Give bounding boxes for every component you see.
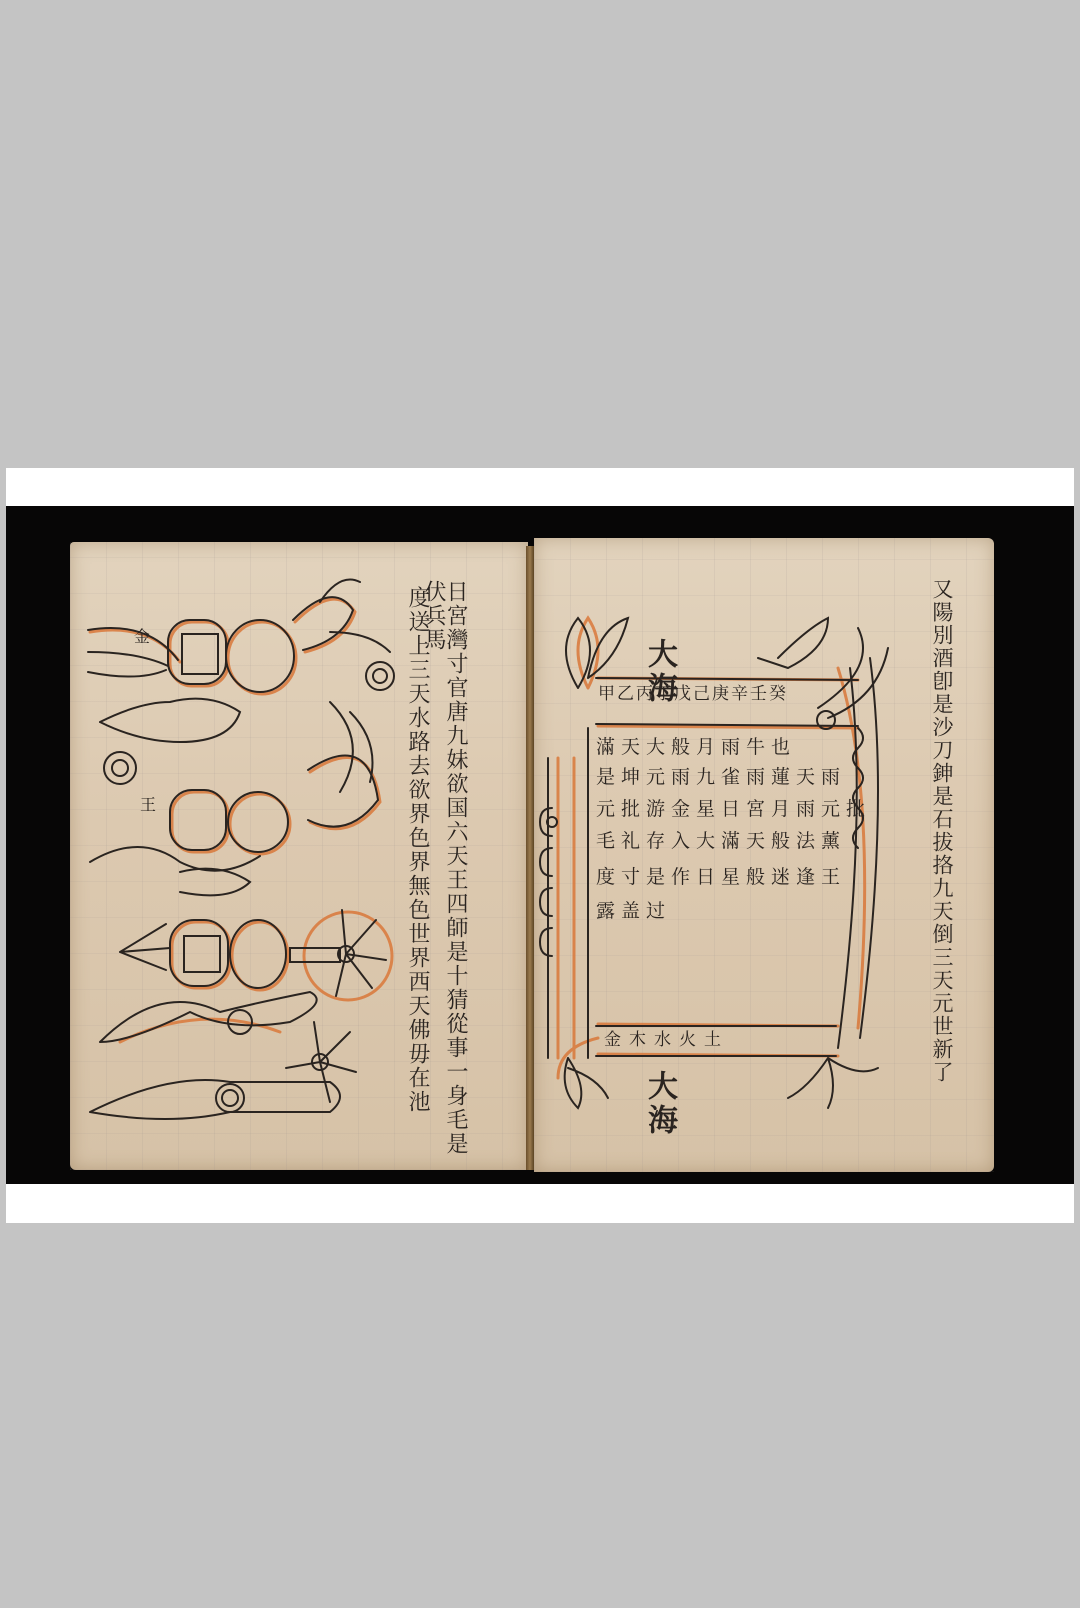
book-spine bbox=[526, 546, 534, 1170]
figure-label-1: 金 bbox=[134, 624, 150, 647]
five-elements-row: 金木水火土 bbox=[604, 1032, 729, 1049]
scroll-line-1: 滿天大般月雨牛也 bbox=[596, 738, 796, 757]
right-page: 又陽別酒卽是沙刀鉮是石拔挌九天倒三天元世新了 bbox=[534, 538, 994, 1172]
image-frame: 日宮灣寸官唐九妹欲国六天王四師是十猜從事一身毛是伏兵馬 度送上三天水路去欲界色界… bbox=[6, 468, 1074, 1223]
scroll-header-bottom: 大海 bbox=[644, 1070, 674, 1138]
right-text-column: 又陽別酒卽是沙刀鉮是石拔挌九天倒三天元世新了 bbox=[931, 578, 952, 1084]
scroll-line-2: 是坤元雨九雀雨蓮天雨 bbox=[596, 768, 846, 787]
left-text-column-2: 度送上三天水路去欲界色界無色世界西天佛毋在池 bbox=[406, 586, 428, 1114]
scroll-line-3: 元批游金星日宮月雨元批 bbox=[596, 800, 871, 819]
scroll-line-5: 度寸是作日星般迷逢王 bbox=[596, 868, 846, 887]
manuscript-photo: 日宮灣寸官唐九妹欲国六天王四師是十猜從事一身毛是伏兵馬 度送上三天水路去欲界色界… bbox=[6, 506, 1074, 1184]
left-page: 日宮灣寸官唐九妹欲国六天王四師是十猜從事一身毛是伏兵馬 度送上三天水路去欲界色界… bbox=[70, 542, 528, 1170]
scroll-line-4: 毛礼存入大滿天般法薰 bbox=[596, 832, 846, 851]
heavenly-stems-row: 甲乙丙丁戊己庚辛壬癸 bbox=[598, 686, 788, 703]
talisman-illustration-icon bbox=[80, 572, 400, 1132]
figure-label-2: 王 bbox=[140, 792, 156, 815]
scroll-line-6: 露盖过 bbox=[596, 902, 671, 921]
